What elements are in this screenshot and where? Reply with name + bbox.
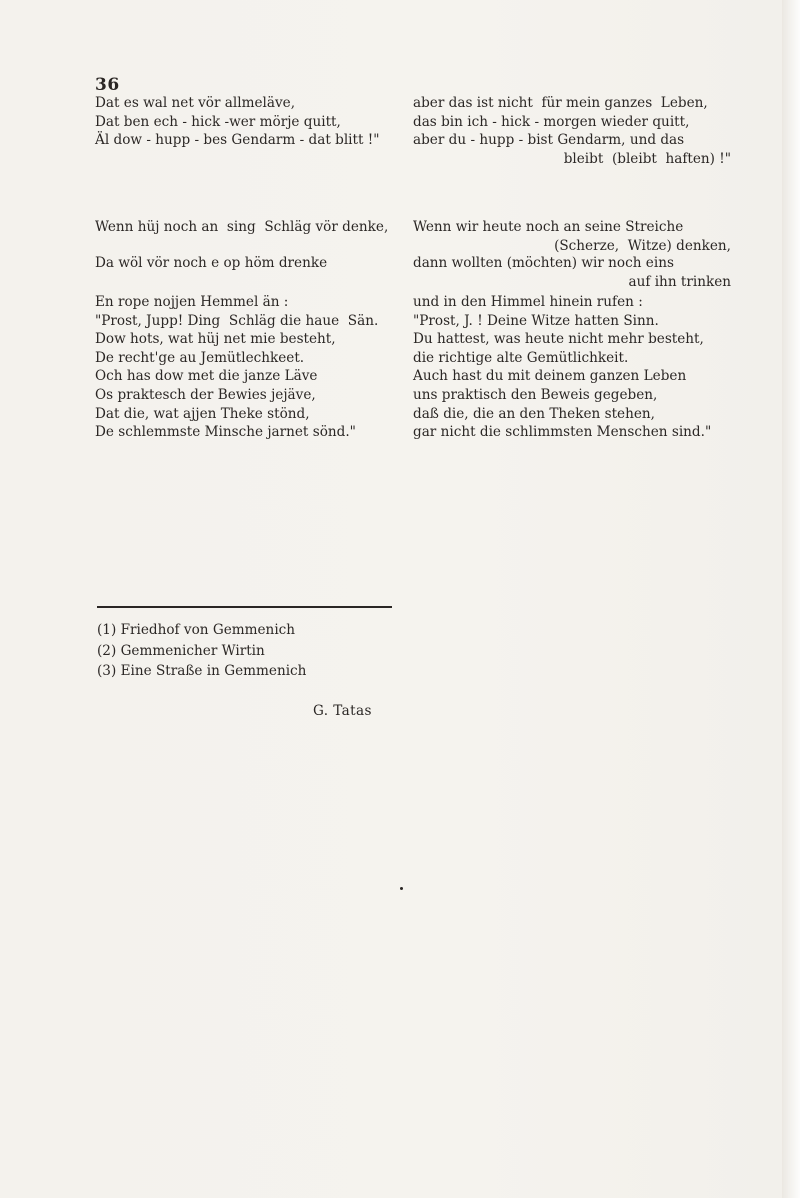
stanza-2-german: Wenn wir heute noch an seine Streiche (S… bbox=[413, 218, 731, 255]
verse-line: daß die, die an den Theken stehen, bbox=[413, 405, 731, 424]
verse-line: Du hattest, was heute nicht mehr besteht… bbox=[413, 330, 731, 349]
page-edge bbox=[782, 0, 800, 1198]
stanza-1-german: aber das ist nicht für mein ganzes Leben… bbox=[413, 94, 731, 168]
verse-line: Auch hast du mit deinem ganzen Leben bbox=[413, 367, 731, 386]
verse-line: und in den Himmel hinein rufen : bbox=[413, 293, 731, 312]
book-page bbox=[0, 0, 782, 1198]
verse-line: das bin ich - hick - morgen wieder quitt… bbox=[413, 113, 731, 132]
page-number: 36 bbox=[95, 75, 120, 95]
verse-line: Och has dow met die janze Läve bbox=[95, 367, 400, 386]
verse-line: De schlemmste Minsche jarnet sönd." bbox=[95, 423, 400, 442]
verse-line: Äl dow - hupp - bes Gendarm - dat blitt … bbox=[95, 131, 400, 150]
verse-line: aber du - hupp - bist Gendarm, und das bbox=[413, 131, 731, 150]
verse-line: die richtige alte Gemütlichkeit. bbox=[413, 349, 731, 368]
verse-line: uns praktisch den Beweis gegeben, bbox=[413, 386, 731, 405]
verse-line: dann wollten (möchten) wir noch eins bbox=[413, 254, 731, 273]
footnotes: (1) Friedhof von Gemmenich (2) Gemmenich… bbox=[97, 620, 306, 682]
stanza-4-german: und in den Himmel hinein rufen : "Prost,… bbox=[413, 293, 731, 442]
footnote: (1) Friedhof von Gemmenich bbox=[97, 620, 306, 641]
footnote: (2) Gemmenicher Wirtin bbox=[97, 641, 306, 662]
verse-line: Dat ben ech - hick -wer mörje quitt, bbox=[95, 113, 400, 132]
stanza-3-german: dann wollten (möchten) wir noch eins auf… bbox=[413, 254, 731, 291]
verse-line: "Prost, J. ! Deine Witze hatten Sinn. bbox=[413, 312, 731, 331]
verse-line: "Prost, Jupp! Ding Schläg die haue Sän. bbox=[95, 312, 400, 331]
verse-line: En rope nojjen Hemmel än : bbox=[95, 293, 400, 312]
verse-line: Da wöl vör noch e op höm drenke bbox=[95, 254, 400, 273]
verse-line: Dat es wal net vör allmeläve, bbox=[95, 94, 400, 113]
stanza-4-dialect: En rope nojjen Hemmel än : "Prost, Jupp!… bbox=[95, 293, 400, 442]
footnote-divider bbox=[97, 606, 392, 608]
ink-speck bbox=[400, 887, 403, 890]
stanza-2-dialect: Wenn hüj noch an sing Schläg vör denke, bbox=[95, 218, 400, 237]
verse-line: bleibt (bleibt haften) !" bbox=[413, 150, 731, 169]
stanza-3-dialect: Da wöl vör noch e op höm drenke bbox=[95, 254, 400, 273]
stanza-1-dialect: Dat es wal net vör allmeläve, Dat ben ec… bbox=[95, 94, 400, 150]
footnote: (3) Eine Straße in Gemmenich bbox=[97, 661, 306, 682]
author-signature: G. Tatas bbox=[313, 703, 372, 719]
verse-line: (Scherze, Witze) denken, bbox=[413, 237, 731, 256]
verse-line: Dat die, wat ajjen Theke stönd, bbox=[95, 405, 400, 424]
verse-line: aber das ist nicht für mein ganzes Leben… bbox=[413, 94, 731, 113]
verse-line: auf ihn trinken bbox=[413, 273, 731, 292]
verse-line: Os praktesch der Bewies jejäve, bbox=[95, 386, 400, 405]
verse-line: Wenn wir heute noch an seine Streiche bbox=[413, 218, 731, 237]
verse-line: Wenn hüj noch an sing Schläg vör denke, bbox=[95, 218, 400, 237]
verse-line: gar nicht die schlimmsten Menschen sind.… bbox=[413, 423, 731, 442]
verse-line: De recht'ge au Jemütlechkeet. bbox=[95, 349, 400, 368]
verse-line: Dow hots, wat hüj net mie besteht, bbox=[95, 330, 400, 349]
